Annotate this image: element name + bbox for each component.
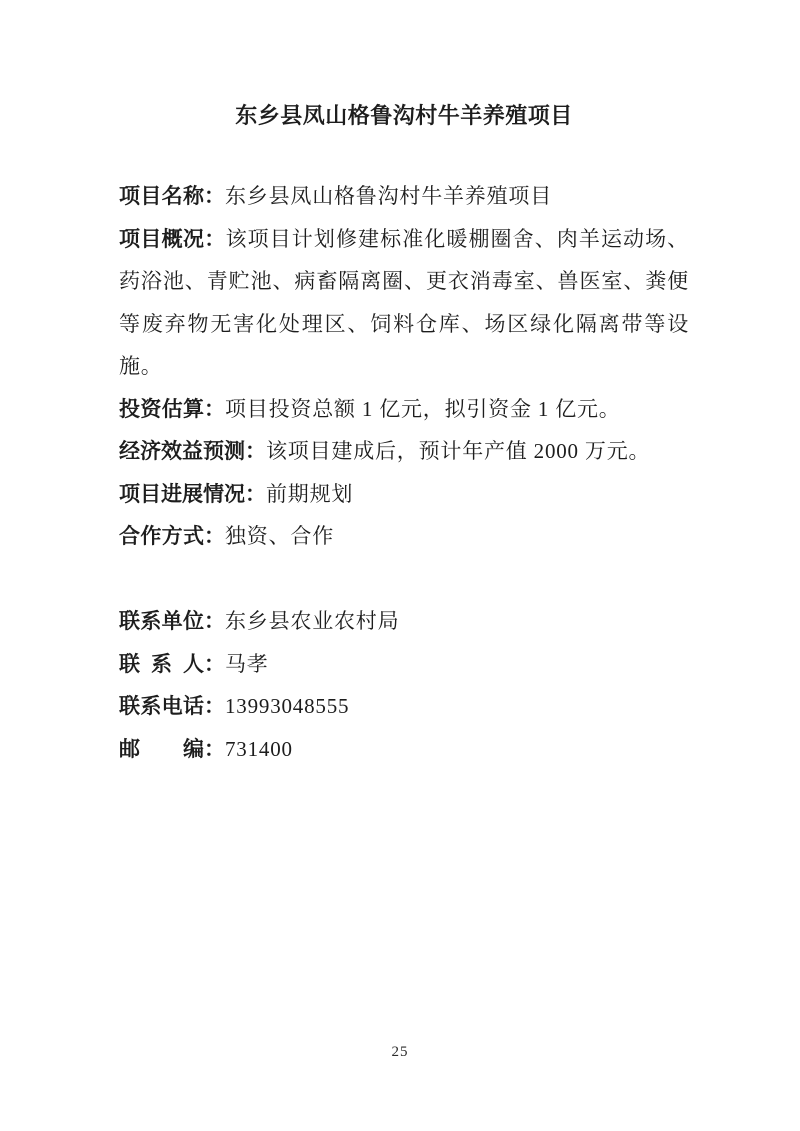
field-colon: ： (245, 439, 266, 463)
field-value: 前期规划 (266, 482, 353, 506)
field-colon: ： (204, 652, 225, 676)
field-row-contact-person: 联系人：马孝 (119, 643, 689, 686)
field-label: 项目概况 (119, 218, 204, 261)
field-value: 东乡县凤山格鲁沟村牛羊养殖项目 (225, 184, 552, 208)
field-row-cooperation-mode: 合作方式：独资、合作 (119, 515, 689, 558)
field-label: 经济效益预测 (119, 439, 245, 463)
field-colon: ： (245, 482, 266, 506)
field-row-project-overview: 项目概况：该项目计划修建标准化暖棚圈舍、肉羊运动场、药浴池、青贮池、病畜隔离圈、… (119, 218, 689, 388)
field-row-economic-benefit: 经济效益预测：该项目建成后，预计年产值 2000 万元。 (119, 430, 689, 473)
field-label: 邮编 (119, 728, 204, 771)
field-value: 该项目建成后，预计年产值 2000 万元。 (266, 439, 650, 463)
field-row-contact-unit: 联系单位：东乡县农业农村局 (119, 600, 689, 643)
field-colon: ： (204, 397, 225, 421)
field-value: 独资、合作 (225, 524, 334, 548)
field-colon: ： (204, 737, 225, 761)
field-colon: ： (204, 524, 225, 548)
field-value: 731400 (225, 737, 293, 761)
field-label: 合作方式 (119, 515, 204, 558)
field-colon: ： (204, 694, 225, 718)
document-body: 项目名称：东乡县凤山格鲁沟村牛羊养殖项目 项目概况：该项目计划修建标准化暖棚圈舍… (119, 175, 689, 770)
field-value: 马孝 (225, 652, 269, 676)
field-label: 投资估算 (119, 388, 204, 431)
document-title: 东乡县凤山格鲁沟村牛羊养殖项目 (119, 95, 689, 137)
document-page: 东乡县凤山格鲁沟村牛羊养殖项目 项目名称：东乡县凤山格鲁沟村牛羊养殖项目 项目概… (0, 0, 800, 1131)
field-label: 联系电话 (119, 685, 204, 728)
field-row-investment-estimate: 投资估算：项目投资总额 1 亿元，拟引资金 1 亿元。 (119, 388, 689, 431)
field-value: 13993048555 (225, 694, 349, 718)
field-row-contact-phone: 联系电话：13993048555 (119, 685, 689, 728)
field-label: 项目进展情况 (119, 482, 245, 506)
field-row-project-progress: 项目进展情况：前期规划 (119, 473, 689, 516)
field-colon: ： (204, 609, 225, 633)
field-label: 项目名称 (119, 175, 204, 218)
field-label: 联系人 (119, 643, 204, 686)
field-value: 项目投资总额 1 亿元，拟引资金 1 亿元。 (225, 397, 621, 421)
page-number: 25 (0, 1044, 800, 1061)
field-label: 联系单位 (119, 600, 204, 643)
field-row-project-name: 项目名称：东乡县凤山格鲁沟村牛羊养殖项目 (119, 175, 689, 218)
field-row-postal-code: 邮编：731400 (119, 728, 689, 771)
field-value: 东乡县农业农村局 (225, 609, 399, 633)
field-colon: ： (204, 184, 225, 208)
field-colon: ： (204, 227, 226, 251)
